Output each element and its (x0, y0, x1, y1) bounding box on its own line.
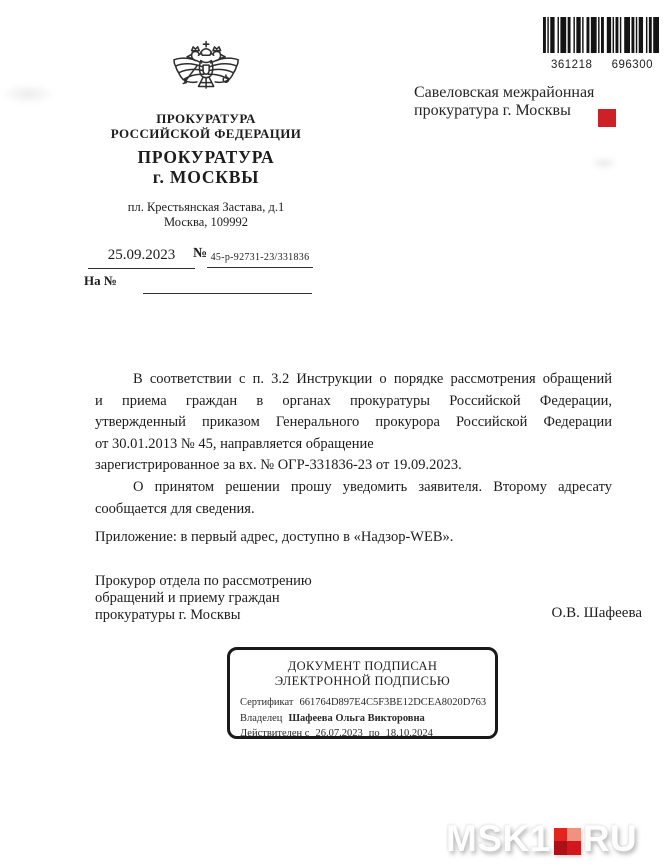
body-line: В соответствии с п. 3.2 Инструкции о пор… (95, 369, 612, 391)
org-address-line2: Москва, 109992 (84, 215, 328, 230)
body-line: и приема граждан в органах прокуратуры Р… (95, 391, 612, 413)
barcode-digits-left: 361218 (551, 59, 592, 71)
stamp-validity-line: Действителен с26.07.2023по18.10.2024 (240, 726, 487, 742)
addressee-line1: Савеловская межрайонная (414, 84, 594, 102)
watermark-text-right: RU (583, 818, 637, 860)
body-line: О принятом решении прошу уведомить заяви… (95, 477, 612, 499)
org-name-line4: г. МОСКВЫ (84, 167, 328, 187)
signer-title-line3: прокуратуры г. Москвы (95, 607, 312, 624)
barcode-digits: 361218 696300 (543, 58, 659, 71)
org-name-line3: ПРОКУРАТУРА (84, 147, 328, 167)
validity-from-date: 26.07.2023 (315, 728, 362, 739)
org-address-line1: пл. Крестьянская Застава, д.1 (84, 200, 328, 215)
validity-label: Действителен с (240, 728, 309, 739)
scan-smudge (0, 84, 56, 104)
body-line: утвержденный приказом Генерального проку… (95, 412, 612, 434)
stamp-title-line1: ДОКУМЕНТ ПОДПИСАН (230, 659, 495, 674)
reply-to-label: На № (84, 273, 117, 289)
electronic-signature-stamp: ДОКУМЕНТ ПОДПИСАН ЭЛЕКТРОННОЙ ПОДПИСЬЮ С… (227, 647, 498, 739)
validity-to-date: 18.10.2024 (386, 728, 433, 739)
letterhead: ПРОКУРАТУРА РОССИЙСКОЙ ФЕДЕРАЦИИ ПРОКУРА… (84, 40, 328, 229)
addressee-line2: прокуратура г. Москвы (414, 102, 594, 120)
barcode-digits-right: 696300 (612, 59, 653, 71)
body-line: сообщается для сведения. (95, 499, 612, 521)
stamp-owner-line: ВладелецШафеева Ольга Викторовна (240, 711, 487, 727)
org-name-line1: ПРОКУРАТУРА (84, 111, 328, 126)
validity-to-label: по (369, 728, 380, 739)
stamp-certificate-line: Сертификат661764D897E4C5F3BE12DCEA8020D7… (240, 695, 487, 711)
barcode: 361218 696300 (543, 17, 659, 71)
red-square-marker (598, 109, 616, 127)
number-sign: № (193, 246, 207, 262)
signer-name: О.В. Шафеева (530, 605, 642, 622)
certificate-label: Сертификат (240, 697, 293, 708)
document-page: ПРОКУРАТУРА РОССИЙСКОЙ ФЕДЕРАЦИИ ПРОКУРА… (0, 0, 671, 866)
body-line: от 30.01.2013 № 45, направляется обращен… (95, 434, 612, 456)
signer-title-line1: Прокурор отдела по рассмотрению (95, 573, 312, 590)
stamp-title-line2: ЭЛЕКТРОННОЙ ПОДПИСЬЮ (230, 674, 495, 689)
double-headed-eagle-icon (168, 40, 244, 104)
org-name-line2: РОССИЙСКОЙ ФЕДЕРАЦИИ (84, 126, 328, 141)
attachment-line: Приложение: в первый адрес, доступно в «… (95, 527, 612, 549)
signer-title-line2: обращений и приему граждан (95, 590, 312, 607)
document-number: 45-р-92731-23/331836 (207, 252, 313, 268)
addressee-block: Савеловская межрайонная прокуратура г. М… (414, 84, 594, 119)
reply-to-blank-line (143, 275, 312, 294)
certificate-value: 661764D897E4C5F3BE12DCEA8020D763 (299, 697, 486, 708)
body-line: зарегистрированное за вх. № ОГР-331836-2… (95, 455, 612, 477)
letter-body: В соответствии с п. 3.2 Инструкции о пор… (95, 369, 612, 549)
watermark-red-square-icon (554, 828, 581, 855)
owner-label: Владелец (240, 713, 282, 724)
barcode-bars (543, 17, 659, 53)
watermark-text-left: MSK1 (446, 818, 551, 860)
signer-title: Прокурор отдела по рассмотрению обращени… (95, 573, 312, 623)
document-date: 25.09.2023 (88, 247, 195, 269)
msk1ru-watermark: MSK1 RU (446, 818, 637, 860)
scan-smudge (590, 156, 618, 170)
owner-name: Шафеева Ольга Викторовна (288, 713, 424, 724)
